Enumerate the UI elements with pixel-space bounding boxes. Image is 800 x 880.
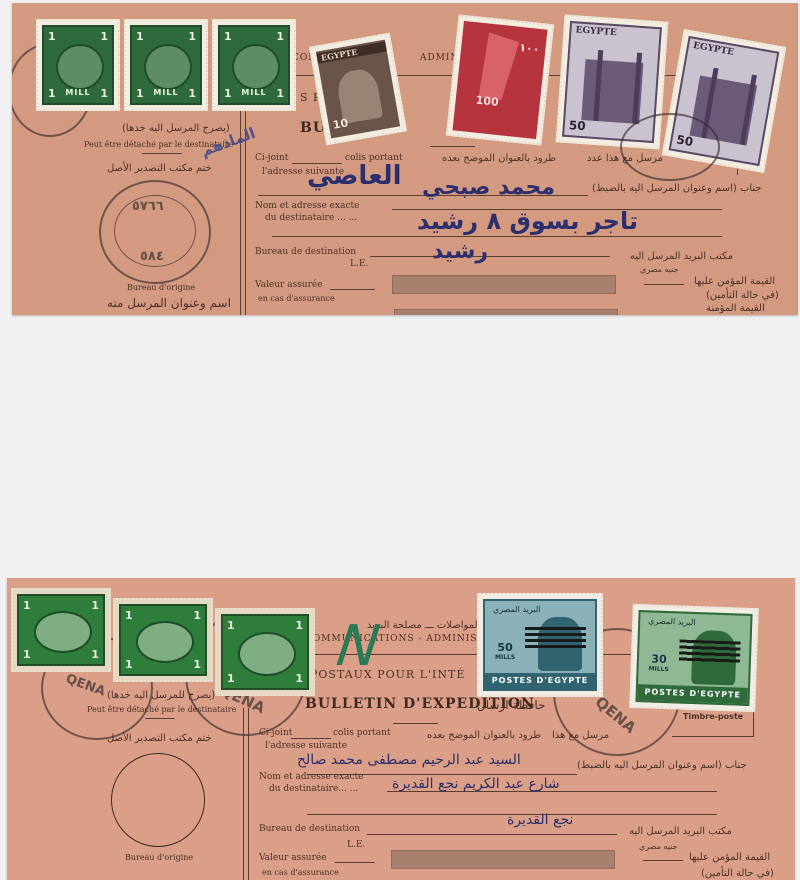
handwriting-al-asi: العاصي — [307, 161, 402, 191]
stamp-1-mill-official: 1 1 1 1 MILL — [36, 19, 120, 111]
stamp-soldier-10m: EGYPTE 10 — [309, 33, 407, 146]
mosque-cancel-postmark — [620, 113, 720, 181]
en-cas-assurance-label: en cas d'assurance — [262, 868, 339, 877]
arabic-sender-label: اسم وعنوان المرسل منه — [107, 296, 231, 310]
shaded-value-box — [391, 850, 615, 869]
valeur-assuree-label: Valeur assurée — [259, 853, 327, 863]
en-cas-assurance-label: en cas d'assurance — [258, 294, 335, 303]
adresse-suivante-label: l'adresse suivante — [265, 741, 347, 751]
bureau-origine-label: Bureau d'origine — [125, 853, 193, 862]
stamp-nefertiti-100m: ١٠٠ 100 — [446, 14, 554, 145]
arabic-parcels-label: طرود بالعنوان الموضح بعده — [442, 153, 556, 164]
valeur-assuree-label: Valeur assurée — [255, 280, 323, 290]
colis-portant-label: colis portant — [333, 728, 391, 738]
handwriting-line1: محمد صبحي — [422, 175, 555, 200]
stamp-3-mill-official: 1 1 1 1 MILL — [212, 19, 296, 111]
handwriting-line2: تاجر بسوق ٨ رشيد — [417, 207, 638, 235]
le-label: L.E. — [350, 259, 368, 269]
handwriting-line2: شارع عبد الكريم نجع القديرة — [392, 776, 560, 792]
ci-joint-label: Ci-joint — [259, 728, 292, 738]
arabic-instruction: (يصرح المرسل اليه خدها) — [122, 123, 230, 134]
stamp-1-mill-official: 1 1 1 1 — [11, 588, 111, 672]
du-destinataire-label: du destinataire ... ... — [265, 213, 357, 223]
nom-adresse-label: Nom et adresse exacte — [255, 201, 359, 211]
arabic-insured-value: القيمة المؤمن عليها — [689, 852, 770, 863]
handwriting-line3: نجع القديرة — [507, 812, 573, 828]
handwriting-line3: رشيد — [432, 239, 488, 264]
bureau-destination-label: Bureau de destination — [255, 247, 356, 257]
arabic-addressee-label: جناب (اسم وعنوان المرسل اليه بالضبط) — [592, 183, 762, 194]
le-label: L.E. — [347, 840, 365, 850]
du-destinataire-label: du destinataire... ... — [269, 784, 358, 794]
arabic-egyptian-pound: جنيه مصري — [640, 265, 679, 274]
stamp-farouk-50m-overprint: البريد المصري 50MILLS POSTES D'EGYPTE — [477, 593, 603, 697]
stamp-2-mill-official: 1 1 1 1 — [113, 598, 213, 682]
stamp-3-mill-official: 1 1 1 1 — [215, 608, 315, 696]
timbre-poste-label: Timbre-poste — [683, 712, 743, 721]
shaded-value-box-2 — [394, 309, 618, 315]
arabic-insurance-value2: القيمة المؤمنة — [706, 303, 765, 314]
stamp-farouk-30m-overprint: البريد المصري 30MILLS POSTES D'EGYPTE — [629, 604, 759, 712]
arabic-insurance-case: (في حالة التأمين) — [701, 868, 774, 879]
ci-joint-label: Ci-joint — [255, 153, 288, 163]
arabic-origin-seal: ختم مكتب التصدير الأصل — [107, 733, 212, 744]
header-bulletin-arabic: حافظة ارسال — [477, 698, 545, 712]
arabic-parcels-label: طرود بالعنوان الموضح بعده — [427, 730, 541, 741]
postmark-bottom: ٥٨٤ — [140, 249, 164, 264]
panel-divider — [243, 708, 249, 880]
stamp-2-mill-official: 1 1 1 1 MILL — [124, 19, 208, 111]
arabic-insurance-case: (في حالة التأمين) — [706, 290, 779, 301]
arabic-insured-value: القيمة المؤمن عليها — [694, 276, 775, 287]
arabic-addressee-label: جناب (اسم وعنوان المرسل اليه بالضبط) — [577, 760, 747, 771]
parcel-card-top: (يصرح المرسل اليه خدها) Peut être détach… — [12, 3, 798, 315]
arabic-dest-office-label: مكتب البريد المرسل اليه — [630, 251, 733, 262]
bureau-origine-label: Bureau d'origine — [127, 283, 195, 292]
arabic-dest-office-label: مكتب البريد المرسل اليه — [629, 826, 732, 837]
arabic-origin-seal: ختم مكتب التصدير الأصل — [107, 163, 212, 174]
arabic-attached-label: مرسل مع هذا — [552, 730, 609, 741]
arabic-egyptian-pound: جنيه مصري — [639, 842, 678, 851]
shaded-value-box — [392, 275, 616, 294]
parcel-card-bottom: المواصلات ـــ مصلحة البريد COMMUNICATION… — [7, 578, 795, 880]
handwriting-line1: السيد عبد الرحيم مصطفى محمد صالح — [297, 752, 521, 768]
bureau-destination-label: Bureau de destination — [259, 824, 360, 834]
bureau-origine-circle — [111, 753, 205, 847]
nom-adresse-label: Nom et adresse exacte — [259, 772, 363, 782]
postmark-text: ٥٧٦٦ — [132, 199, 164, 214]
